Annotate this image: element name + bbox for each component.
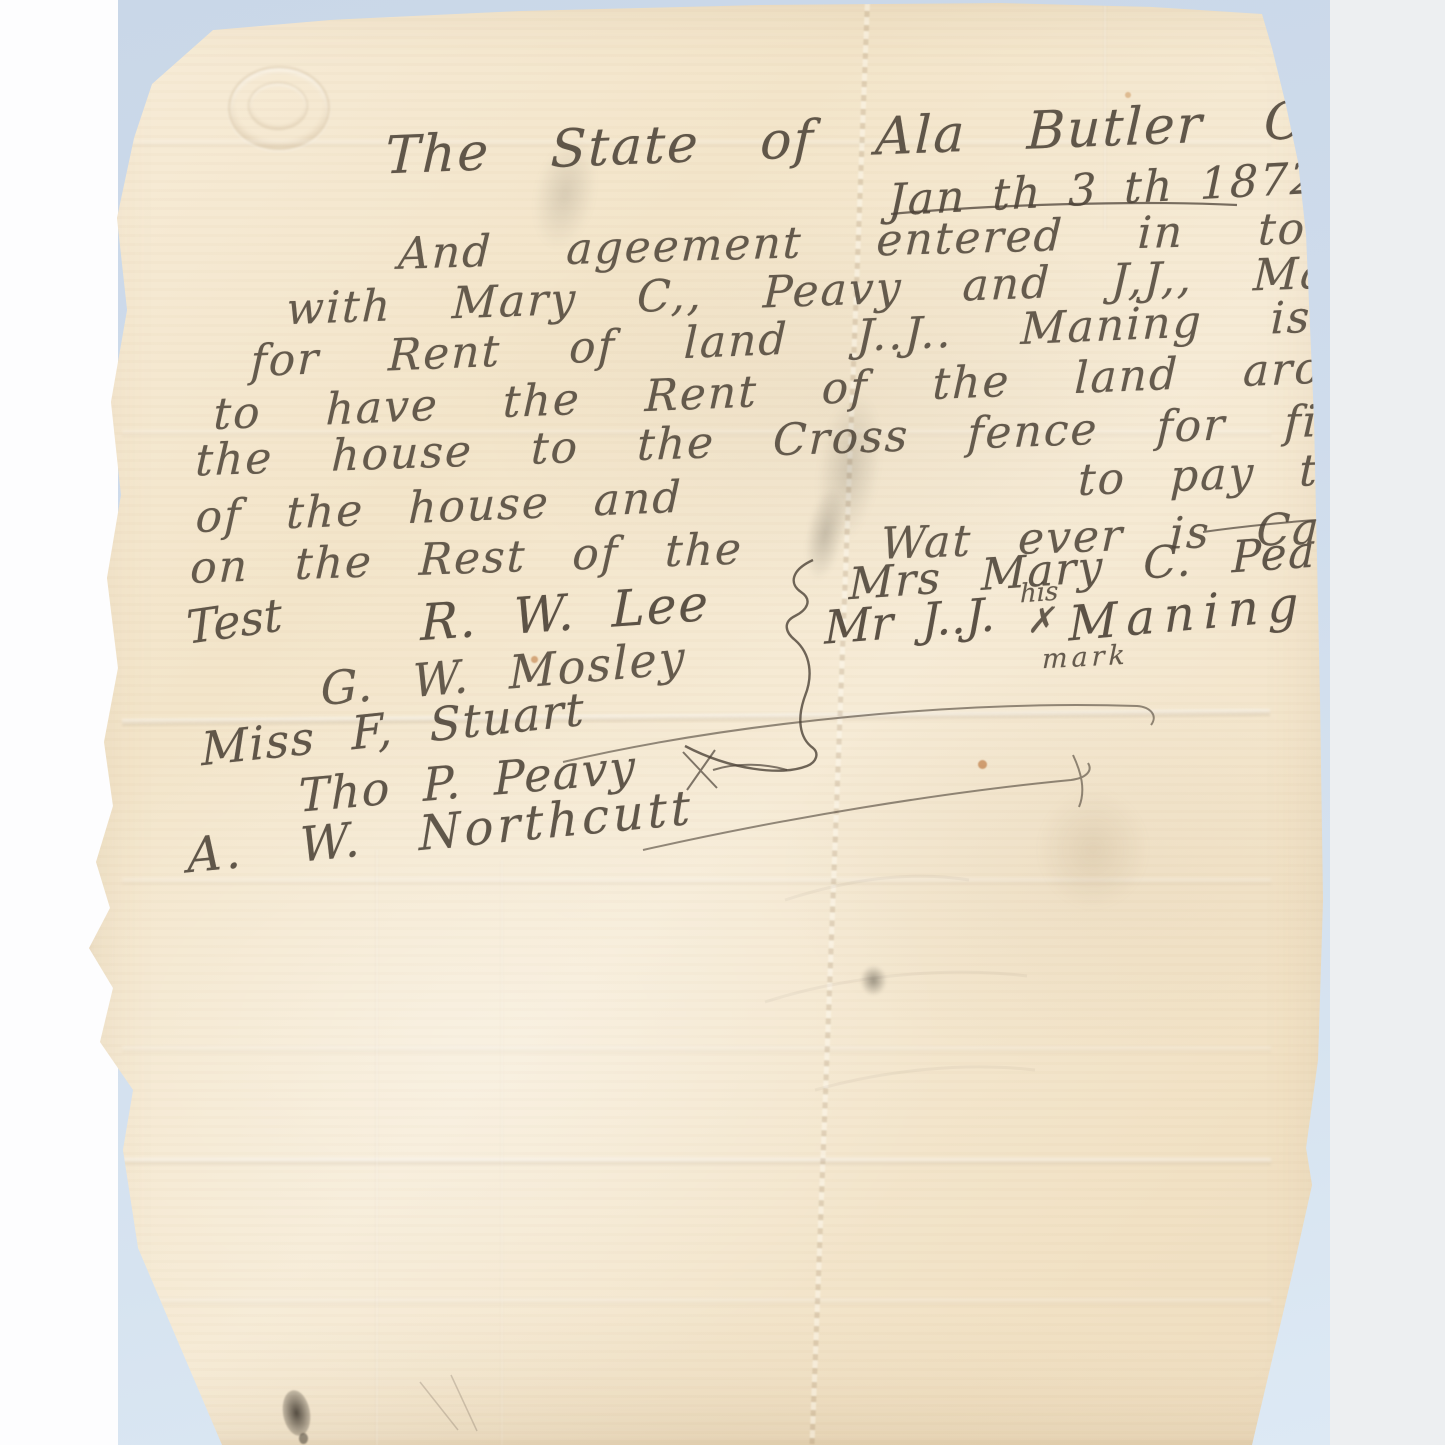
photo-of-handwritten-letter: The State of Ala Butler Co Jan th 3 th 1… <box>0 0 1445 1445</box>
rust-speck <box>978 760 987 769</box>
test-attestation-label: Test <box>185 591 284 650</box>
horizontal-fold-crease <box>122 1158 1270 1165</box>
vertical-fold-crease <box>500 860 504 1445</box>
ink-blot <box>279 1388 314 1438</box>
embossed-seal-icon <box>228 66 330 150</box>
gray-margin-right <box>1330 0 1445 1445</box>
vertical-fold-crease <box>375 850 379 1445</box>
white-margin-left <box>0 0 118 1445</box>
dark-spot-stain <box>861 966 886 995</box>
signature-maning-prefix: Mr J..J. <box>824 591 995 651</box>
document-paper: The State of Ala Butler Co Jan th 3 th 1… <box>85 0 1333 1445</box>
horizontal-fold-crease <box>122 1046 1270 1053</box>
his-mark-label-mark: mark <box>1042 642 1129 674</box>
signature-swash <box>643 755 1090 850</box>
pen-scratches <box>420 1375 477 1431</box>
stray-cross-flourish <box>683 750 787 790</box>
fingerprint-stain <box>1037 788 1149 910</box>
horizontal-fold-crease <box>122 1298 1270 1305</box>
his-mark-cross-icon: ✗ <box>1025 603 1056 639</box>
ink-blot <box>299 1433 308 1444</box>
ghost-writing-impressions <box>765 876 1035 1090</box>
